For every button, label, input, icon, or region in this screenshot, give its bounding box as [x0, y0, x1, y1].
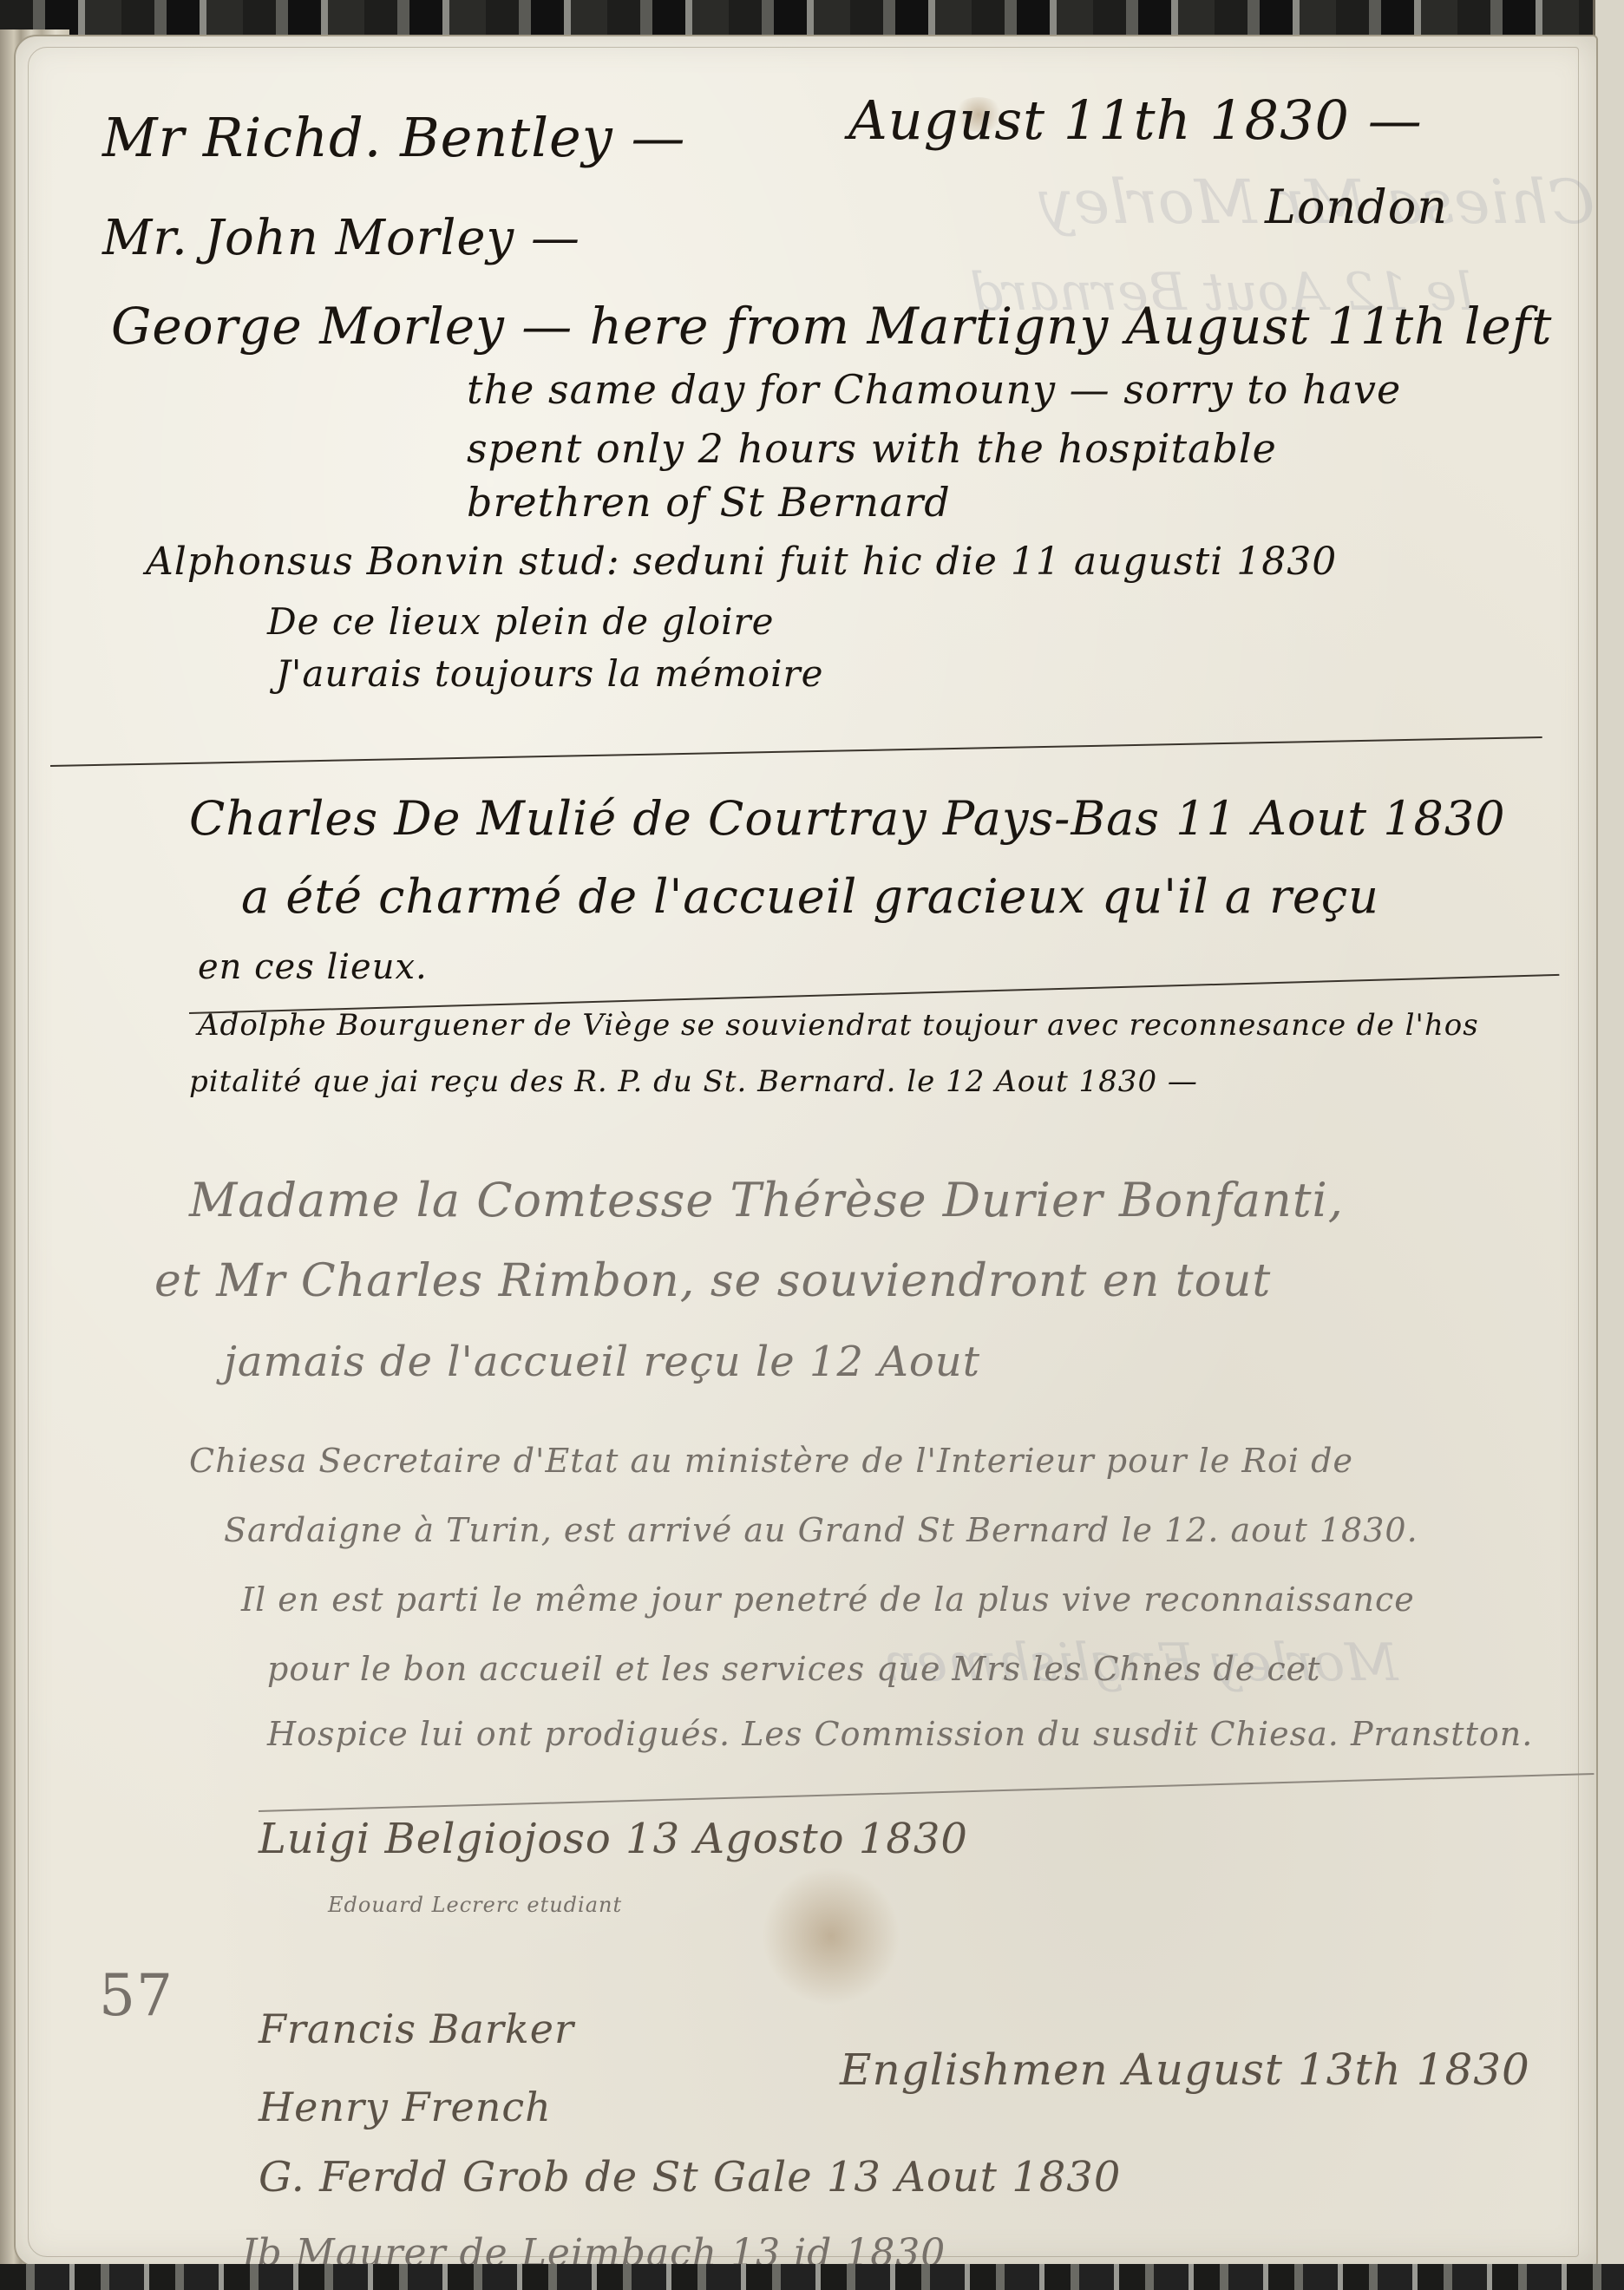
entry-4-line: Adolphe Bourguener de Viège se souviendr…	[198, 1008, 1479, 1043]
entry-3-line: a été charmé de l'accueil gracieux qu'il…	[241, 869, 1379, 924]
entry-1-line: brethren of St Bernard	[467, 479, 951, 526]
entry-3-line: en ces lieux.	[198, 947, 428, 987]
entry-6-line: Hospice lui ont prodigués. Les Commissio…	[267, 1715, 1533, 1753]
register-page: Chiesa Mr Morley le 12 Aout Bernard Morl…	[14, 35, 1598, 2267]
entry-2-line: De ce lieux plein de gloire	[267, 600, 774, 643]
entry-5-line: et Mr Charles Rimbon, se souviendront en…	[154, 1255, 1271, 1307]
page-number: 57	[99, 1962, 174, 2029]
entry-8-line: Henry French	[259, 2084, 552, 2130]
entry-8-line: G. Ferdd Grob de St Gale 13 Aout 1830	[259, 2153, 1121, 2202]
entry-5-line: Madame la Comtesse Thérèse Durier Bonfan…	[189, 1173, 1344, 1227]
entry-7-line: Luigi Belgiojoso 13 Agosto 1830	[259, 1815, 968, 1863]
entry-1-line: George Morley — here from Martigny Augus…	[111, 297, 1552, 356]
entry-1-place: London	[1265, 180, 1448, 234]
entry-divider	[259, 1773, 1594, 1812]
entry-1-date: August 11th 1830 —	[848, 88, 1423, 152]
entry-5-line: jamais de l'accueil reçu le 12 Aout	[224, 1338, 980, 1386]
entry-8-line: Francis Barker	[259, 2005, 574, 2052]
entry-1-line: spent only 2 hours with the hospitable	[467, 425, 1277, 472]
entry-2-line: J'aurais toujours la mémoire	[276, 652, 823, 695]
entry-1-line: the same day for Chamouny — sorry to hav…	[467, 366, 1401, 413]
entry-1-line: Mr Richd. Bentley —	[102, 106, 685, 169]
entry-4-line: pitalité que jai reçu des R. P. du St. B…	[189, 1064, 1198, 1099]
entry-6-line: Sardaigne à Turin, est arrivé au Grand S…	[224, 1511, 1418, 1549]
entry-3-line: Charles De Mulié de Courtray Pays-Bas 11…	[189, 791, 1506, 846]
entry-divider	[50, 736, 1542, 767]
book-binding-top	[0, 0, 1624, 35]
entry-6-line: pour le bon accueil et les services que …	[267, 1650, 1320, 1688]
water-stain	[762, 1867, 900, 2005]
book-binding-bottom	[0, 2264, 1624, 2290]
entry-8-line: Englishmen August 13th 1830	[840, 2045, 1530, 2095]
entry-6-line: Il en est parti le même jour penetré de …	[241, 1580, 1415, 1619]
entry-6-line: Chiesa Secretaire d'Etat au ministère de…	[189, 1442, 1353, 1480]
entry-1-line: Mr. John Morley —	[102, 210, 580, 266]
entry-2-line: Alphonsus Bonvin stud: seduni fuit hic d…	[146, 540, 1337, 584]
entry-7-line: Edouard Lecrerc etudiant	[328, 1893, 622, 1917]
